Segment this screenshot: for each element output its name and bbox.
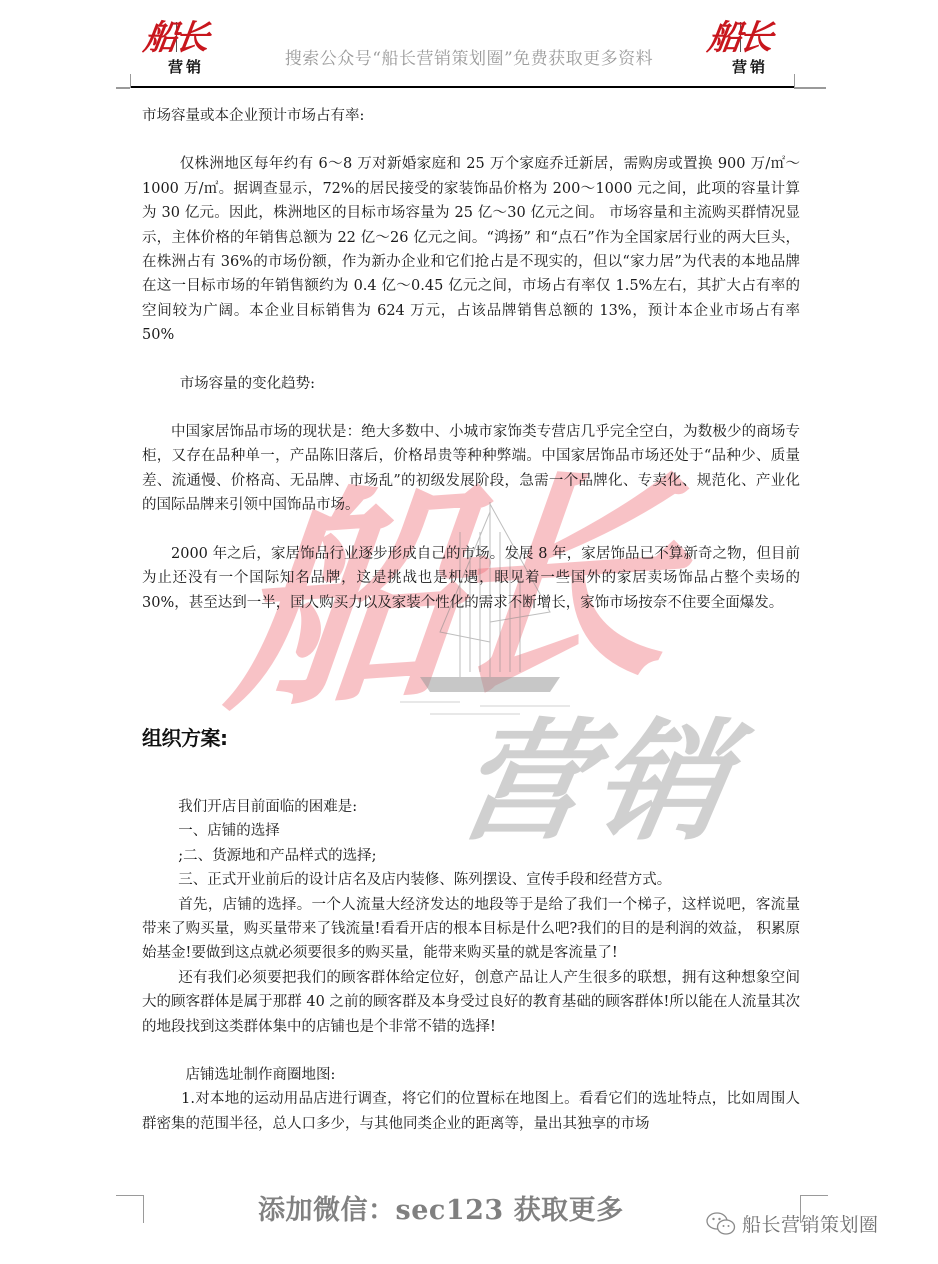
crop-mark-bottom-right — [800, 1195, 828, 1196]
paragraph-store-choice-2: 还有我们必须要把我们的顾客群体给定位好，创意产品让人产生很多的联想，拥有这种想象… — [142, 966, 800, 1039]
document-body-lower: 我们开店目前面临的困难是: 一、店铺的选择 ;二、货源地和产品样式的选择; 三、… — [142, 795, 800, 1136]
brand-logo-left: 船长 营销 — [144, 20, 224, 80]
difficulty-item: 一、店铺的选择 — [142, 819, 800, 843]
crop-mark-top-left-vertical — [130, 74, 131, 88]
section-heading-organization: 组织方案: — [142, 722, 228, 751]
logo-title: 船长 — [141, 20, 208, 56]
paragraph-map: 1.对本地的运动用品店进行调查，将它们的位置标在地图上。看看它们的选址特点，比如… — [142, 1087, 800, 1136]
crop-mark-top-right — [794, 87, 826, 89]
map-title: 店铺选址制作商圈地图: — [142, 1063, 800, 1087]
difficulty-item: ;二、货源地和产品样式的选择; — [142, 844, 800, 868]
crop-mark-top-left — [116, 87, 130, 89]
crop-mark-top-right-vertical — [794, 74, 795, 88]
header-divider — [130, 86, 794, 88]
section-title-trend: 市场容量的变化趋势: — [142, 372, 800, 396]
section-title-market-share: 市场容量或本企业预计市场占有率: — [142, 104, 800, 128]
paragraph-store-choice-1: 首先，店铺的选择。一个人流量大经济发达的地段等于是给了我们一个梯子，这样说吧，客… — [142, 893, 800, 966]
paragraph-market-share: 仅株洲地区每年约有 6～8 万对新婚家庭和 25 万个家庭乔迁新居，需购房或置换… — [142, 152, 800, 347]
footer-promo-text: 添加微信：sec123 获取更多 — [258, 1188, 624, 1227]
brand-logo-right: 船长 营销 — [708, 20, 788, 80]
document-body: 市场容量或本企业预计市场占有率: 仅株洲地区每年约有 6～8 万对新婚家庭和 2… — [142, 104, 800, 615]
wechat-account-name: 船长营销策划圈 — [742, 1210, 879, 1237]
difficulty-item: 三、正式开业前后的设计店名及店内装修、陈列摆设、宣传手段和经营方式。 — [142, 868, 800, 892]
crop-mark-bottom-left-vertical — [143, 1195, 144, 1223]
paragraph-trend-2: 2000 年之后，家居饰品行业逐步形成自己的市场。发展 8 年，家居饰品已不算新… — [142, 542, 800, 615]
logo-subtitle: 营销 — [732, 58, 768, 76]
header-promo-text: 搜索公众号“船长营销策划圈”免费获取更多资料 — [232, 44, 706, 69]
page-header: 船长 营销 搜索公众号“船长营销策划圈”免费获取更多资料 船长 营销 — [0, 0, 938, 100]
difficulties-title: 我们开店目前面临的困难是: — [142, 795, 800, 819]
logo-subtitle: 营销 — [168, 58, 204, 76]
wechat-icon — [706, 1211, 736, 1237]
wechat-account-badge[interactable]: 船长营销策划圈 — [706, 1210, 879, 1237]
crop-mark-bottom-left — [116, 1195, 144, 1196]
logo-title: 船长 — [705, 20, 772, 56]
paragraph-trend-1: 中国家居饰品市场的现状是：绝大多数中、小城市家饰类专营店几乎完全空白，为数极少的… — [142, 420, 800, 518]
